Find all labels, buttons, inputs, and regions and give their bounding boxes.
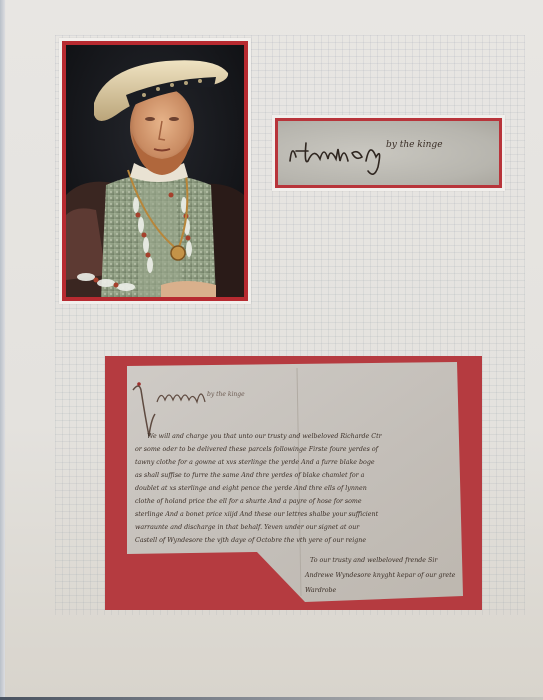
letter-line: clothe of holand price the ell for a shu…: [135, 498, 362, 505]
letter-line: or some oder to be delivered these parce…: [135, 446, 380, 453]
board-edge: [0, 0, 5, 700]
henry-viii-portrait-icon: [66, 45, 244, 297]
letter-red-mat: by the kinge We will and charge you that…: [105, 356, 482, 610]
signature-card: by the kinge: [272, 115, 505, 191]
letter-line: Castell of Wyndesore the vjth daye of Oc…: [135, 537, 366, 544]
portrait-card: [59, 38, 251, 304]
signature-annotation: by the kinge: [386, 140, 443, 150]
letter-line: as shall suffise to furre the same And t…: [135, 472, 365, 479]
letter-header-annotation: by the kinge: [207, 391, 245, 398]
portrait-red-mat: [62, 41, 248, 301]
signature-paper: by the kinge: [278, 121, 499, 185]
henry-r-signature-icon: by the kinge: [278, 121, 499, 185]
letter-line: doublet at xs sterlinge and eight pence …: [135, 485, 367, 492]
letter-line: We will and charge you that unto our tru…: [147, 433, 383, 440]
signature-red-mat: by the kinge: [275, 118, 502, 188]
letter-address-line: To our trusty and welbeloved frende Sir: [310, 557, 438, 564]
letter-address-line: Andrewe Wyndesore knyght kepar of our gr…: [304, 572, 456, 579]
mounting-board: by the kinge by the kinge We will and ch…: [0, 0, 543, 700]
manuscript-letter: by the kinge We will and charge you that…: [105, 356, 482, 610]
portrait-image: [66, 45, 244, 297]
letter-address-line: Wardrobe: [305, 587, 337, 594]
letter-line: sterlinge And a bonet price xiijd And th…: [135, 511, 379, 518]
letter-line: tawny clothe for a gowne at xvs sterling…: [135, 459, 375, 466]
letter-line: warraunte and discharge in that behalf. …: [135, 524, 360, 531]
